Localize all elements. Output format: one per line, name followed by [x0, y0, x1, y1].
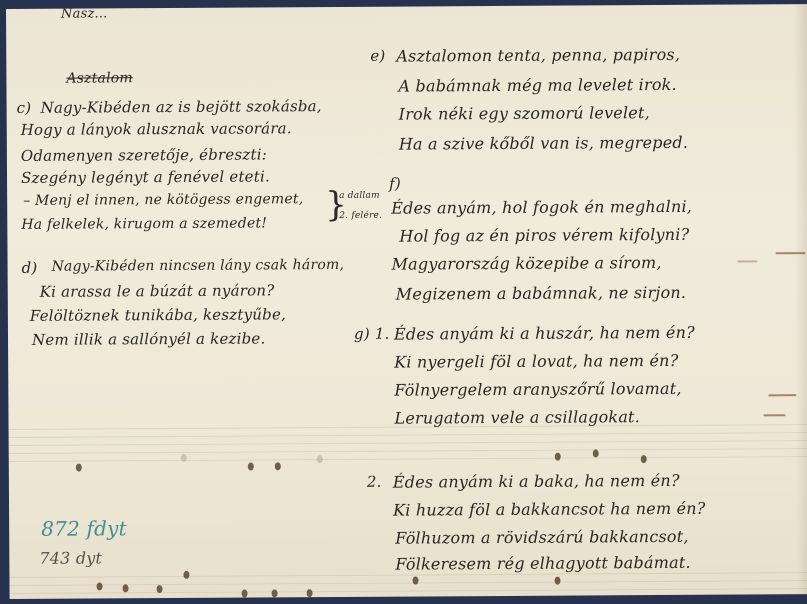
- lyric-line: Ki huzza föl a bakkancsot ha nem én?: [393, 499, 706, 520]
- stanza-label: e): [370, 47, 385, 65]
- bleed-note-dot: [412, 576, 418, 584]
- lyric-line: Ha felkelek, kirugom a szemedet!: [21, 215, 267, 233]
- bleed-note-dot: [593, 449, 599, 457]
- stanza-d: d) Nagy-Kibéden nincsen lány csak három,…: [6, 4, 807, 9]
- lyric-line: A babámnak még ma levelet irok.: [398, 75, 676, 96]
- lyric-line: Ki arassa le a búzát a nyáron?: [40, 281, 275, 300]
- stanza-g1: g) 1. Édes anyám ki a huszár, ha nem én?…: [6, 4, 807, 9]
- stanza-label: 2.: [367, 473, 382, 491]
- lyric-line: Hogy a lányok alusznak vacsorára.: [21, 119, 292, 139]
- lyric-line: Édes anyám ki a baka, ha nem én?: [393, 471, 680, 492]
- lyric-line: Nem illik a sallónyél a kezibe.: [32, 329, 266, 348]
- lyric-line: Nagy-Kibéden nincsen lány csak három,: [52, 257, 345, 275]
- manuscript-page: Nasz... Asztalom c) Nagy-Kibéden az is b…: [6, 4, 807, 599]
- bleed-note-dot: [641, 455, 647, 463]
- lyric-line: Hol fog az én piros vérem kifolyni?: [399, 225, 689, 246]
- lyric-line: Felöltöznek tunikába, kesztyűbe,: [30, 305, 286, 325]
- lyric-line: Asztalomon tenta, penna, papiros,: [396, 45, 680, 66]
- lyric-line: – Menj el innen, ne kötögess engemet,: [23, 191, 303, 209]
- lyric-line: Ha a szive kőből van is, megreped.: [399, 133, 688, 154]
- stanza-label: c): [17, 99, 32, 117]
- rust-stain: [763, 414, 785, 416]
- bleed-note-dot: [275, 462, 281, 470]
- top-fragment-text: Nasz...: [61, 6, 108, 21]
- bleed-note-dot: [307, 589, 313, 597]
- manuscript-title: Asztalom: [66, 70, 133, 86]
- stanza-label: g) 1.: [354, 325, 390, 343]
- bleed-note-dot: [183, 571, 189, 579]
- bleed-note-dot: [97, 582, 103, 590]
- stanza-f: f) Édes anyám, hol fogok én meghalni, Ho…: [6, 4, 807, 9]
- staff-line: [10, 588, 807, 594]
- bleed-note-dot: [123, 584, 129, 592]
- bleed-note-dot: [76, 464, 82, 472]
- bleed-note-dot: [317, 455, 323, 463]
- lyric-line: Lerugatom vele a csillagokat.: [394, 407, 640, 427]
- staff-line: [10, 580, 807, 586]
- archive-number-blue: 872 fdyt: [41, 516, 127, 541]
- margin-note: 2. felére.: [339, 211, 382, 221]
- bleed-note-dot: [554, 577, 560, 585]
- bleed-note-dot: [555, 453, 561, 461]
- staff-line: [9, 440, 807, 446]
- lyric-line: Fölnyergelem aranyszőrű lovamat,: [394, 379, 681, 400]
- lyric-line: Szegény legényt a fenével eteti.: [21, 167, 270, 187]
- archive-number-pencil: 743 dyt: [39, 548, 102, 567]
- stanza-c: c) Nagy-Kibéden az is bejött szokásba, H…: [6, 4, 807, 9]
- margin-note: a dallam: [339, 191, 380, 201]
- lyric-line: Irok néki egy szomorú levelet,: [399, 103, 650, 124]
- staff-line: [9, 448, 807, 454]
- stanza-e: e) Asztalomon tenta, penna, papiros, A b…: [6, 4, 807, 9]
- lyric-line: Odamenyen szeretője, ébreszti:: [21, 145, 267, 165]
- staff-line: [9, 432, 807, 438]
- rust-stain: [768, 394, 796, 396]
- lyric-line: Fölhuzom a rövidszárú bakkancsot,: [395, 527, 688, 548]
- lyric-line: Ki nyergeli föl a lovat, ha nem én?: [394, 351, 678, 372]
- bleed-note-dot: [242, 590, 248, 598]
- bleed-note-dot: [248, 462, 254, 470]
- stanza-label: d): [22, 259, 38, 277]
- bleed-note-dot: [157, 585, 163, 593]
- bleed-note-dot: [272, 589, 278, 597]
- lyric-line: Édes anyám ki a huszár, ha nem én?: [394, 323, 695, 344]
- lyric-line: Fölkeresem rég elhagyott babámat.: [395, 553, 690, 574]
- lyric-line: Nagy-Kibéden az is bejött szokásba,: [41, 97, 322, 117]
- stanza-label: f): [389, 175, 401, 193]
- lyric-line: Megizenem a babámnak, ne sirjon.: [396, 283, 687, 304]
- rust-stain: [738, 260, 758, 262]
- bleed-note-dot: [181, 454, 187, 462]
- stanza-g2: 2. Édes anyám ki a baka, ha nem én? Ki h…: [6, 4, 807, 9]
- lyric-line: Magyarország közepibe a sírom,: [392, 253, 662, 274]
- staff-line: [9, 456, 807, 462]
- lyric-line: Édes anyám, hol fogok én meghalni,: [391, 197, 692, 218]
- rust-stain: [776, 252, 806, 254]
